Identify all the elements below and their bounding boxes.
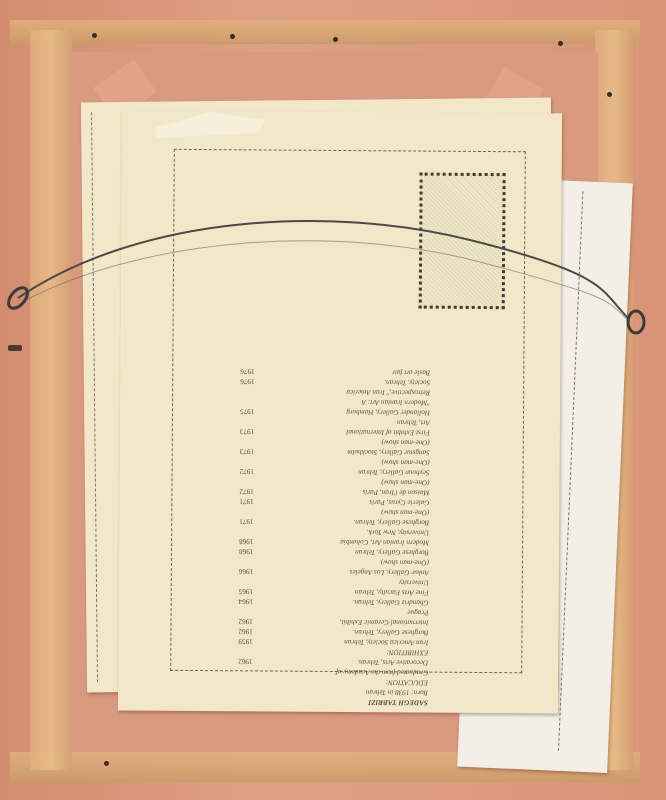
hanging-wire: [0, 0, 666, 800]
wire-loop-right: [628, 311, 644, 333]
